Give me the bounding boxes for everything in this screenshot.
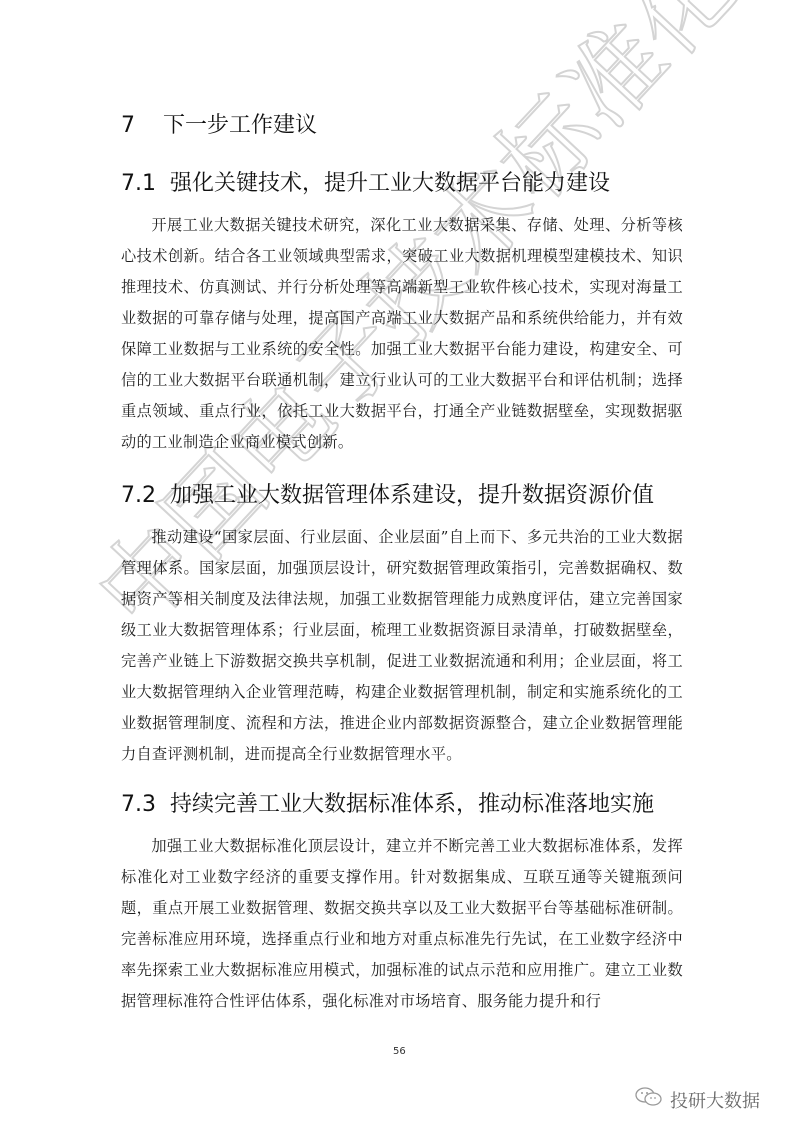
document-page: 中国电子技术标准化研究院 7下一步工作建议 7.1强化关键技术，提升工业大数据平… [0,0,800,1131]
chapter-number: 7 [121,113,135,138]
section-number: 7.2 [121,483,156,508]
brand-label: 投研大数据 [670,1087,760,1113]
section-paragraph-7-3: 加强工业大数据标准化顶层设计，建立并不断完善工业大数据标准体系，发挥标准化对工业… [121,831,683,1017]
section-number: 7.1 [121,171,156,196]
section-title: 持续完善工业大数据标准体系，推动标准落地实施 [170,792,654,817]
chapter-heading: 7下一步工作建议 [121,108,317,139]
section-title: 加强工业大数据管理体系建设，提升数据资源价值 [170,483,654,508]
section-paragraph-7-2: 推动建设“国家层面、行业层面、企业层面”自上而下、多元共治的工业大数据管理体系。… [121,522,683,770]
section-heading-7-2: 7.2加强工业大数据管理体系建设，提升数据资源价值 [121,478,654,509]
brand-watermark: 投研大数据 [634,1086,760,1113]
page-number: 56 [393,1046,406,1057]
section-title: 强化关键技术，提升工业大数据平台能力建设 [170,171,610,196]
section-number: 7.3 [121,792,156,817]
wechat-icon [634,1086,664,1113]
section-paragraph-7-1: 开展工业大数据关键技术研究，深化工业大数据采集、存储、处理、分析等核心技术创新。… [121,210,683,458]
section-heading-7-3: 7.3持续完善工业大数据标准体系，推动标准落地实施 [121,787,654,818]
chapter-title: 下一步工作建议 [163,113,317,138]
section-heading-7-1: 7.1强化关键技术，提升工业大数据平台能力建设 [121,166,610,197]
